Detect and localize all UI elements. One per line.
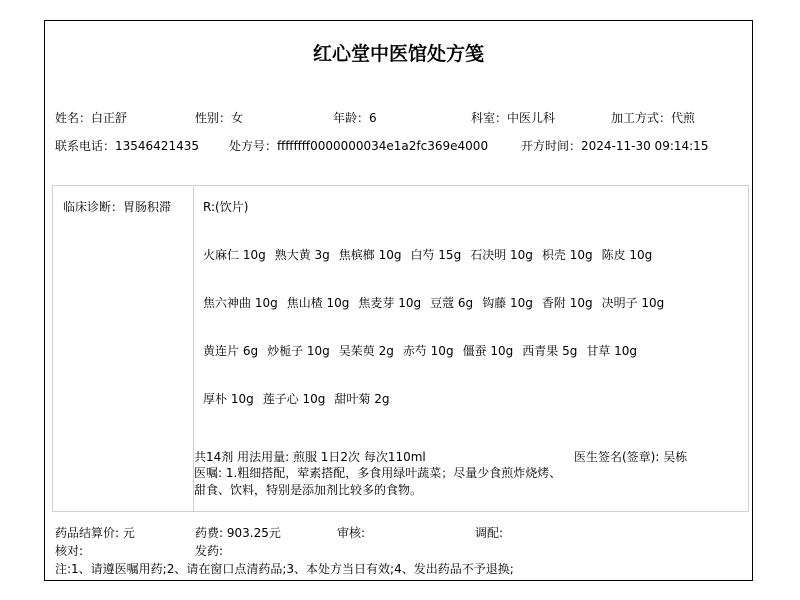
review-field: 审核: xyxy=(337,524,365,541)
prescription-body: R:(饮片) 火麻仁 10g熟大黄 3g焦槟榔 10g白芍 15g石决明 10g… xyxy=(194,186,748,511)
rx-header: R:(饮片) xyxy=(203,198,248,215)
prescription-table: 临床诊断：胃肠积滞 R:(饮片) 火麻仁 10g熟大黄 3g焦槟榔 10g白芍 … xyxy=(52,185,749,512)
herb-line-3: 黄连片 6g炒栀子 10g吴茱萸 2g赤芍 10g僵蚕 10g西青果 5g甘草 … xyxy=(203,342,646,359)
patient-age: 年龄：6 xyxy=(333,109,377,126)
herb-item: 熟大黄 3g xyxy=(275,248,330,262)
patient-name: 姓名：白正舒 xyxy=(55,109,127,126)
herb-line-2: 焦六神曲 10g焦山楂 10g焦麦芽 10g豆蔻 6g钩藤 10g香附 10g决… xyxy=(203,294,673,311)
processing-method: 加工方式：代煎 xyxy=(611,109,695,126)
herb-line-1: 火麻仁 10g熟大黄 3g焦槟榔 10g白芍 15g石决明 10g枳壳 10g陈… xyxy=(203,246,661,263)
herb-item: 决明子 10g xyxy=(602,296,665,310)
herb-item: 焦六神曲 10g xyxy=(203,296,278,310)
prescription-time: 开方时间：2024-11-30 09:14:15 xyxy=(521,137,708,154)
check-field: 核对: xyxy=(55,542,83,559)
diagnosis-cell: 临床诊断：胃肠积滞 xyxy=(53,186,194,511)
herb-item: 赤芍 10g xyxy=(403,344,454,358)
herb-item: 火麻仁 10g xyxy=(203,248,266,262)
herb-item: 厚朴 10g xyxy=(203,392,254,406)
settlement-price: 药品结算价: 元 xyxy=(55,524,135,541)
herb-item: 甘草 10g xyxy=(586,344,637,358)
herb-item: 莲子心 10g xyxy=(263,392,326,406)
herb-item: 香附 10g xyxy=(542,296,593,310)
herb-item: 僵蚕 10g xyxy=(463,344,514,358)
dispense-field: 调配: xyxy=(475,524,503,541)
page-title: 红心堂中医馆处方笺 xyxy=(45,39,752,66)
patient-gender: 性别：女 xyxy=(195,109,243,126)
patient-phone: 联系电话：13546421435 xyxy=(55,137,199,154)
herb-item: 焦槟榔 10g xyxy=(339,248,402,262)
issue-field: 发药: xyxy=(195,542,223,559)
herb-item: 焦山楂 10g xyxy=(287,296,350,310)
herb-item: 焦麦芽 10g xyxy=(358,296,421,310)
herb-item: 黄连片 6g xyxy=(203,344,258,358)
herb-item: 豆蔻 6g xyxy=(430,296,473,310)
herb-line-4: 厚朴 10g莲子心 10g甜叶菊 2g xyxy=(203,390,398,407)
herb-item: 炒栀子 10g xyxy=(267,344,330,358)
herb-item: 钩藤 10g xyxy=(482,296,533,310)
herb-item: 西青果 5g xyxy=(522,344,577,358)
prescription-number: 处方号：ffffffff0000000034e1a2fc369e4000 xyxy=(229,137,488,154)
drug-fee: 药费: 903.25元 xyxy=(195,524,281,541)
herb-item: 甜叶菊 2g xyxy=(334,392,389,406)
herb-item: 吴茱萸 2g xyxy=(339,344,394,358)
doctor-signature: 医生签名(签章): 吴栋 xyxy=(574,448,687,465)
clinical-diagnosis: 临床诊断：胃肠积滞 xyxy=(63,198,171,215)
herb-item: 白芍 15g xyxy=(410,248,461,262)
herb-item: 石决明 10g xyxy=(470,248,533,262)
medical-advice: 医嘱: 1.粗细搭配，荤素搭配，多食用绿叶蔬菜；尽量少食煎炸烧烤、甜食、饮料，特… xyxy=(194,465,566,499)
department: 科室：中医儿科 xyxy=(471,109,555,126)
herb-item: 陈皮 10g xyxy=(602,248,653,262)
footer-note: 注:1、请遵医嘱用药;2、请在窗口点清药品;3、本处方当日有效;4、发出药品不予… xyxy=(55,560,514,577)
prescription-page: 红心堂中医馆处方笺 姓名：白正舒 性别：女 年龄：6 科室：中医儿科 加工方式：… xyxy=(44,20,753,581)
herb-item: 枳壳 10g xyxy=(542,248,593,262)
usage-dosage: 共14剂 用法用量: 煎服 1日2次 每次110ml xyxy=(194,448,426,465)
